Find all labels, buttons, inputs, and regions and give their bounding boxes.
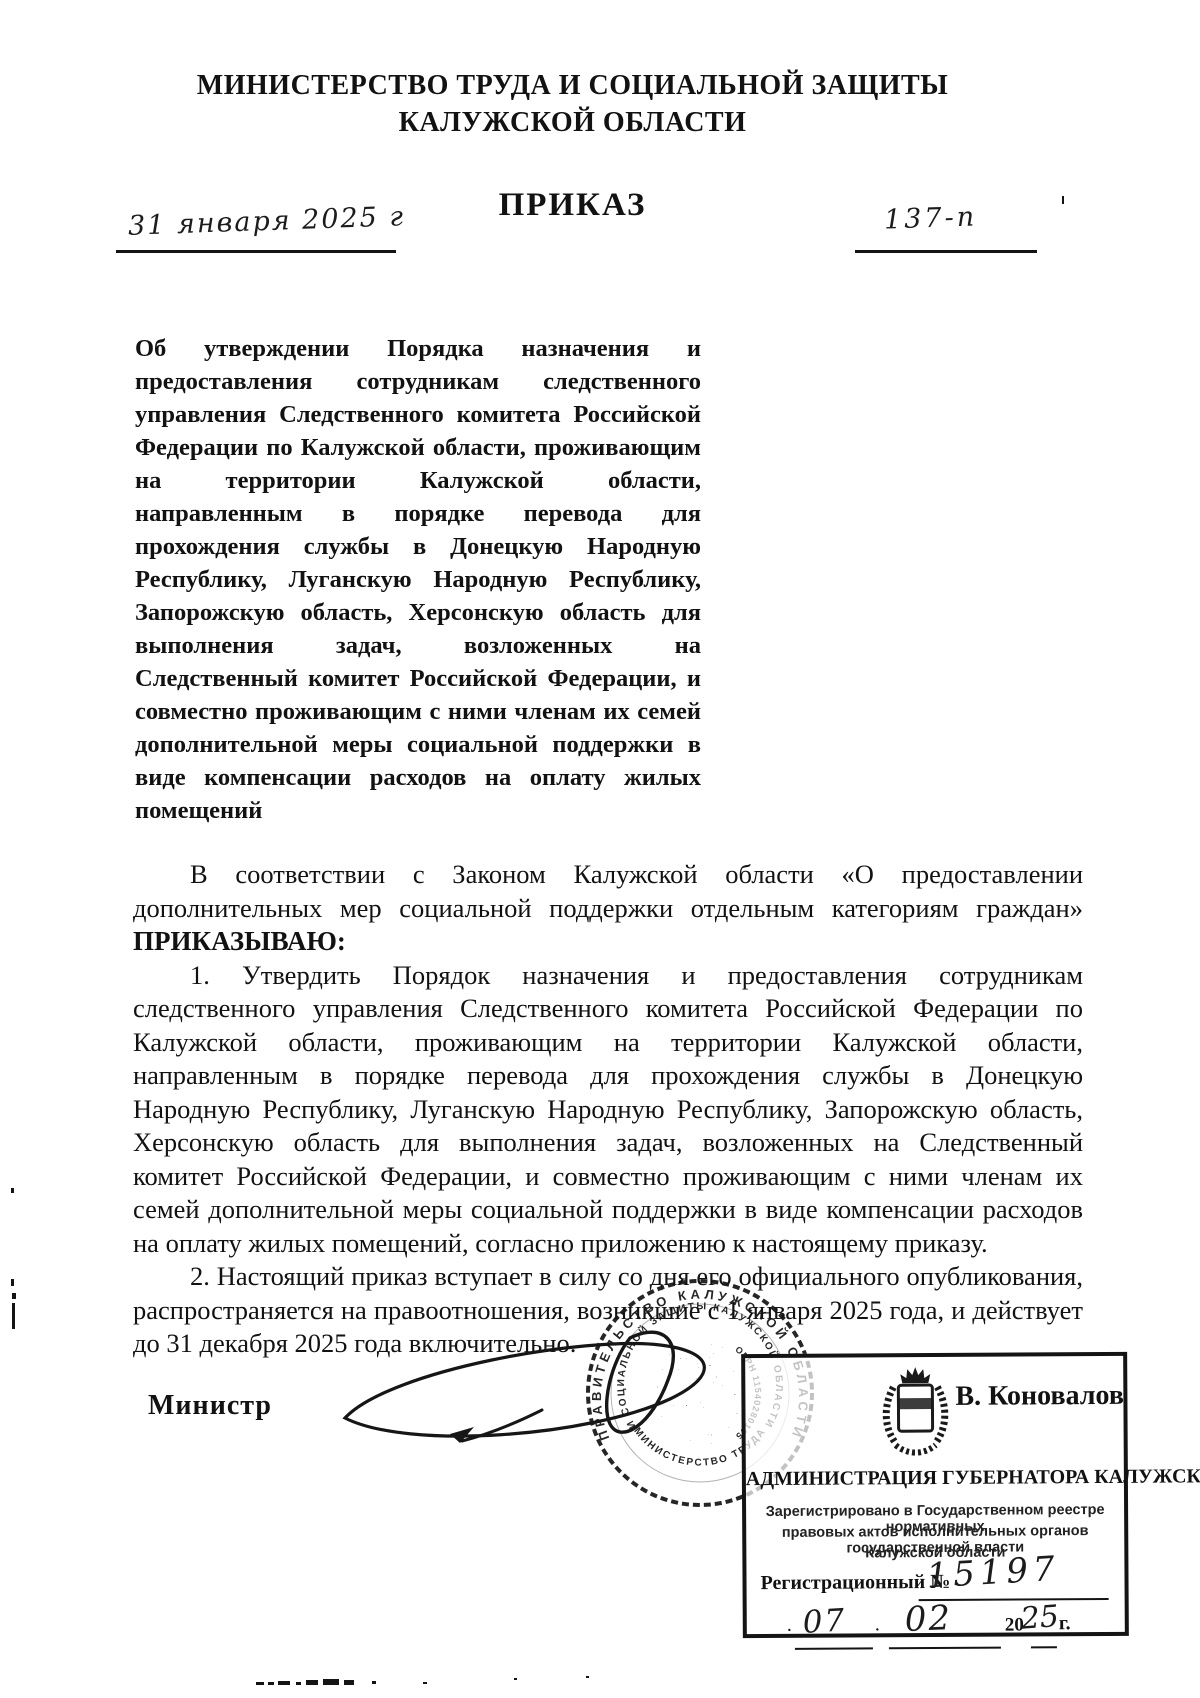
subject-line: направленным в порядке перевода для <box>135 497 701 530</box>
scan-artifact-mark <box>256 1682 264 1685</box>
intro-line: В соответствии с Законом Калужской облас… <box>133 858 1083 892</box>
subject-line: прохождения службы в Донецкую Народную <box>135 530 701 563</box>
scan-artifact-mark <box>323 1679 339 1685</box>
scan-artifact-mark <box>423 1682 427 1684</box>
scan-artifact-mark <box>344 1680 354 1685</box>
date-separator: . <box>875 1613 880 1636</box>
scan-artifact-mark <box>1062 196 1064 204</box>
scan-artifact-mark <box>296 1682 301 1685</box>
subject-line: управления Следственного комитета Россий… <box>135 398 701 431</box>
kaluga-coat-of-arms-icon <box>879 1365 952 1457</box>
subject-line: Следственный комитет Российской Федераци… <box>135 662 701 695</box>
minister-title: Министр <box>148 1390 272 1422</box>
date-underline <box>116 250 396 253</box>
scan-artifact-mark <box>12 1293 16 1299</box>
registration-number-label: Регистрационный № <box>760 1571 950 1595</box>
handwritten-day: 07 <box>802 1602 847 1640</box>
subject-line: Федерации по Калужской области, проживаю… <box>135 431 701 464</box>
number-underline <box>855 250 1037 253</box>
subject-line: предоставления сотрудникам следственного <box>135 365 701 398</box>
subject-block: Об утверждении Порядка назначения и пред… <box>135 332 701 827</box>
scan-artifact-mark <box>268 1682 274 1685</box>
handwritten-order-number: 137-п <box>883 201 977 235</box>
intro-line: дополнительных мер социальной поддержки … <box>133 892 1083 926</box>
subject-line: виде компенсации расходов на оплату жилы… <box>135 761 701 794</box>
signatory-name: В. Коновалов <box>955 1380 1124 1413</box>
order-item-1: 1. Утвердить Порядок назначения и предос… <box>133 959 1083 1261</box>
minister-signature <box>330 1318 760 1478</box>
ministry-name-line2: КАЛУЖСКОЙ ОБЛАСТИ <box>0 107 1145 139</box>
scan-artifact-mark <box>11 1188 14 1193</box>
ministry-name-line1: МИНИСТЕРСТВО ТРУДА И СОЦИАЛЬНОЙ ЗАЩИТЫ <box>0 70 1145 102</box>
scan-artifact-mark <box>11 1279 14 1286</box>
handwritten-year: 25 <box>1019 1599 1060 1637</box>
day-underline <box>795 1647 873 1649</box>
subject-line: Республику, Луганскую Народную Республик… <box>135 563 701 596</box>
subject-line: дополнительной меры социальной поддержки… <box>135 728 701 761</box>
scan-artifact-mark <box>586 1676 589 1678</box>
scan-artifact-mark <box>306 1680 318 1685</box>
resolve-word: ПРИКАЗЫВАЮ: <box>133 925 1083 959</box>
subject-line: Запорожскую область, Херсонскую область … <box>135 596 701 629</box>
year-underline <box>1031 1646 1057 1648</box>
date-separator: . <box>787 1614 792 1637</box>
scan-artifact-mark <box>278 1681 290 1685</box>
year-suffix: г. <box>1059 1612 1071 1635</box>
subject-line: помещений <box>135 794 701 827</box>
subject-line: выполнения задач, возложенных на <box>135 629 701 662</box>
subject-line: совместно проживающим с ними членам их с… <box>135 695 701 728</box>
scan-artifact-mark <box>12 1303 15 1329</box>
subject-line: на территории Калужской области, <box>135 464 701 497</box>
scan-artifact-mark <box>514 1678 517 1680</box>
subject-line: Об утверждении Порядка назначения и <box>135 332 701 365</box>
handwritten-registration-number: 15197 <box>925 1549 1060 1597</box>
handwritten-month: 02 <box>904 1598 953 1640</box>
scanned-order-document: МИНИСТЕРСТВО ТРУДА И СОЦИАЛЬНОЙ ЗАЩИТЫ К… <box>0 0 1200 1698</box>
month-underline <box>889 1647 1001 1650</box>
registering-authority: АДМИНИСТРАЦИЯ ГУБЕРНАТОРА КАЛУЖСКОЙ ОБЛА… <box>746 1466 1124 1491</box>
scan-artifact-mark <box>372 1681 376 1684</box>
registration-stamp-box: В. Коновалов АДМИНИСТРАЦИЯ ГУБЕРНАТОРА К… <box>741 1352 1129 1638</box>
